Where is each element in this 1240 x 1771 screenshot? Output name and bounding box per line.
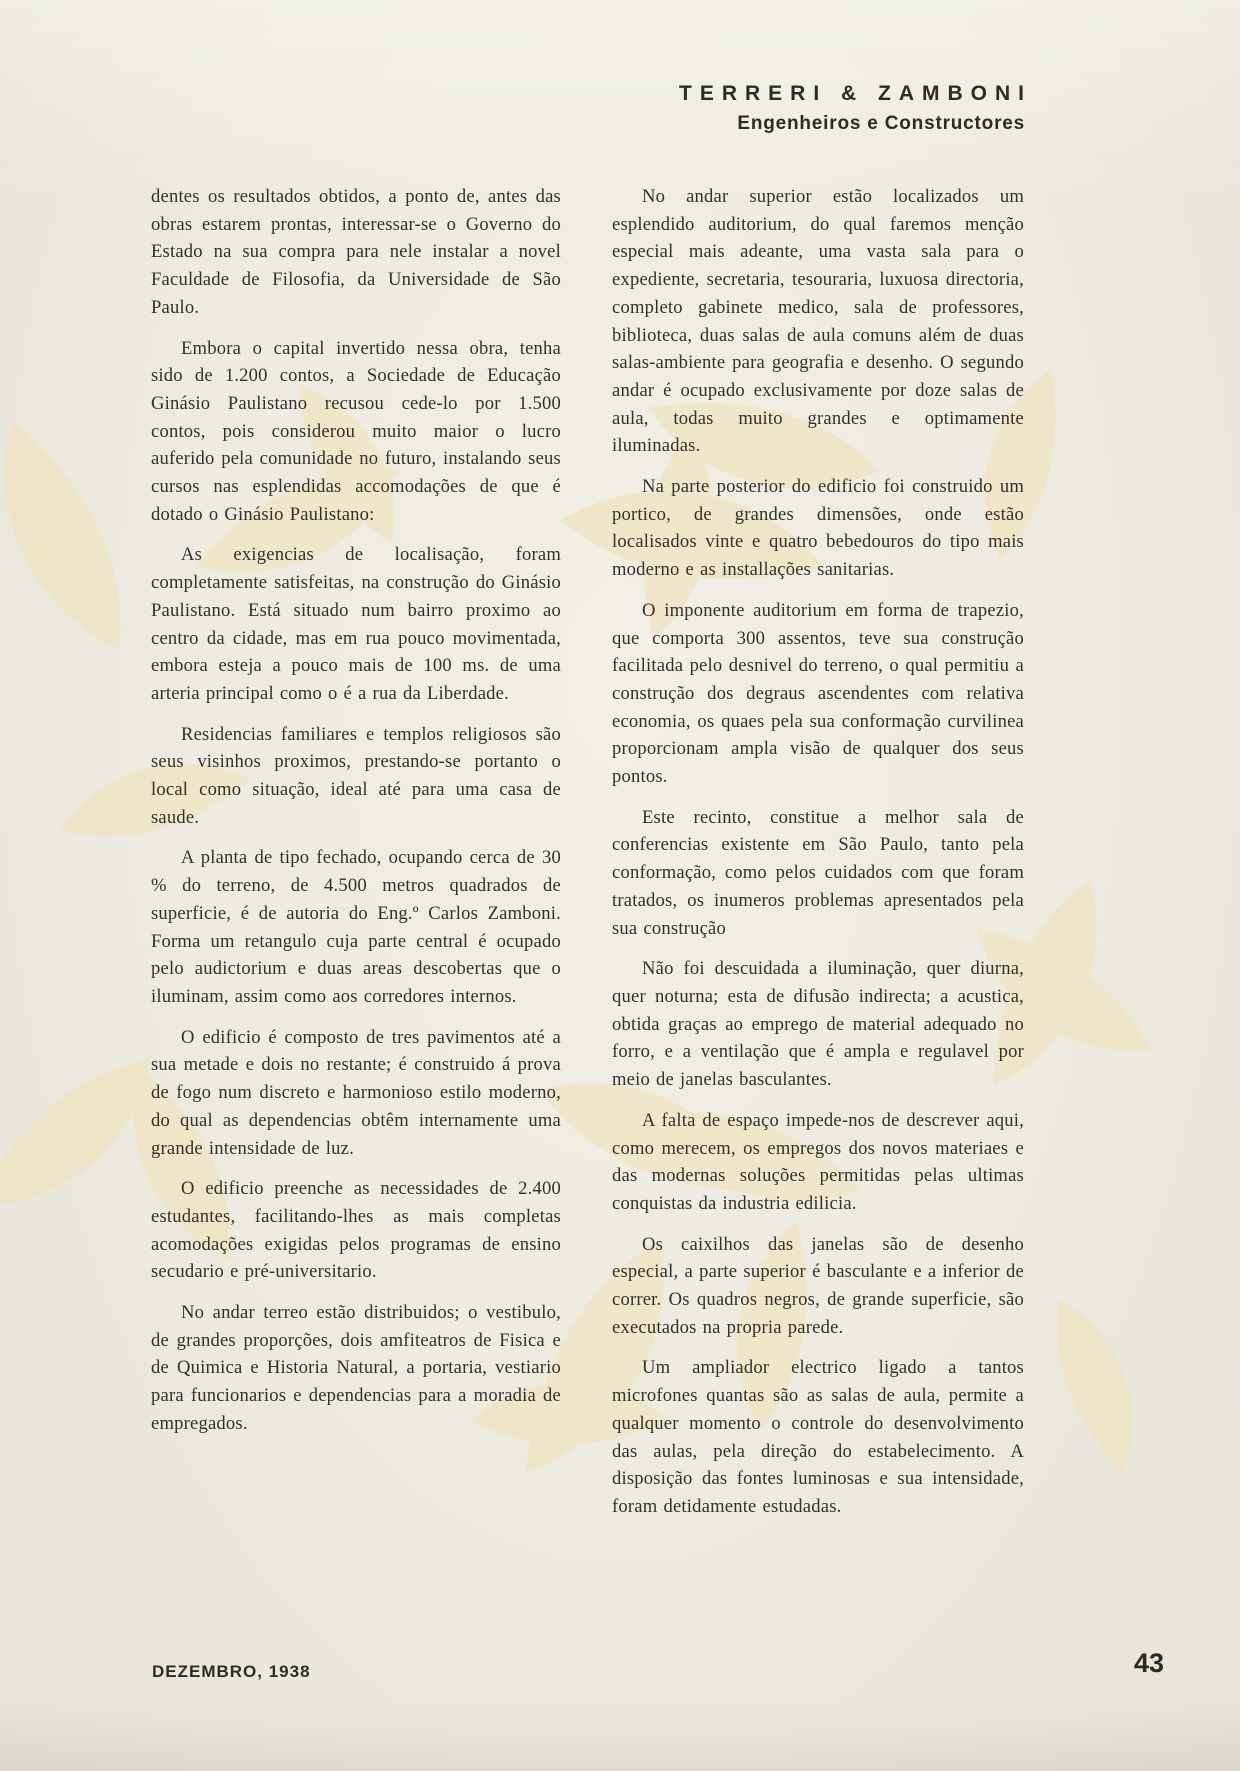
paragraph: A falta de espaço impede-nos de descreve… (612, 1107, 1024, 1218)
paragraph: Residencias familiares e templos religio… (151, 721, 561, 832)
paragraph: O imponente auditorium em forma de trape… (612, 597, 1024, 791)
magazine-page: TERRERI & ZAMBONI Engenheiros e Construc… (0, 0, 1240, 1771)
paragraph: Na parte posterior do edificio foi const… (612, 473, 1024, 584)
company-subtitle: Engenheiros e Constructores (679, 113, 1025, 135)
left-column: dentes os resultados obtidos, a ponto de… (151, 183, 561, 1451)
paragraph: Embora o capital invertido nessa obra, t… (151, 335, 561, 529)
paragraph: O edificio é composto de tres pavimentos… (151, 1024, 561, 1163)
page-number: 43 (1134, 1648, 1164, 1679)
paragraph: O edificio preenche as necessidades de 2… (151, 1175, 561, 1286)
paragraph: A planta de tipo fechado, ocupando cerca… (151, 844, 561, 1010)
paragraph: As exigencias de localisação, foram comp… (151, 541, 561, 707)
paragraph: Os caixilhos das janelas são de desenho … (612, 1231, 1024, 1342)
paragraph: No andar terreo estão distribuidos; o ve… (151, 1299, 561, 1438)
paragraph: Um ampliador electrico ligado a tantos m… (612, 1354, 1024, 1520)
paragraph: Este recinto, constitue a melhor sala de… (612, 804, 1024, 943)
company-name: TERRERI & ZAMBONI (679, 82, 1032, 106)
scan-shadow (0, 1701, 1240, 1771)
right-column: No andar superior estão localizados um e… (612, 183, 1024, 1534)
paragraph: Não foi descuidada a iluminação, quer di… (612, 955, 1024, 1094)
masthead: TERRERI & ZAMBONI Engenheiros e Construc… (679, 82, 1024, 135)
issue-date: DEZEMBRO, 1938 (152, 1662, 311, 1682)
paragraph: dentes os resultados obtidos, a ponto de… (151, 183, 561, 322)
paragraph: No andar superior estão localizados um e… (612, 183, 1024, 460)
